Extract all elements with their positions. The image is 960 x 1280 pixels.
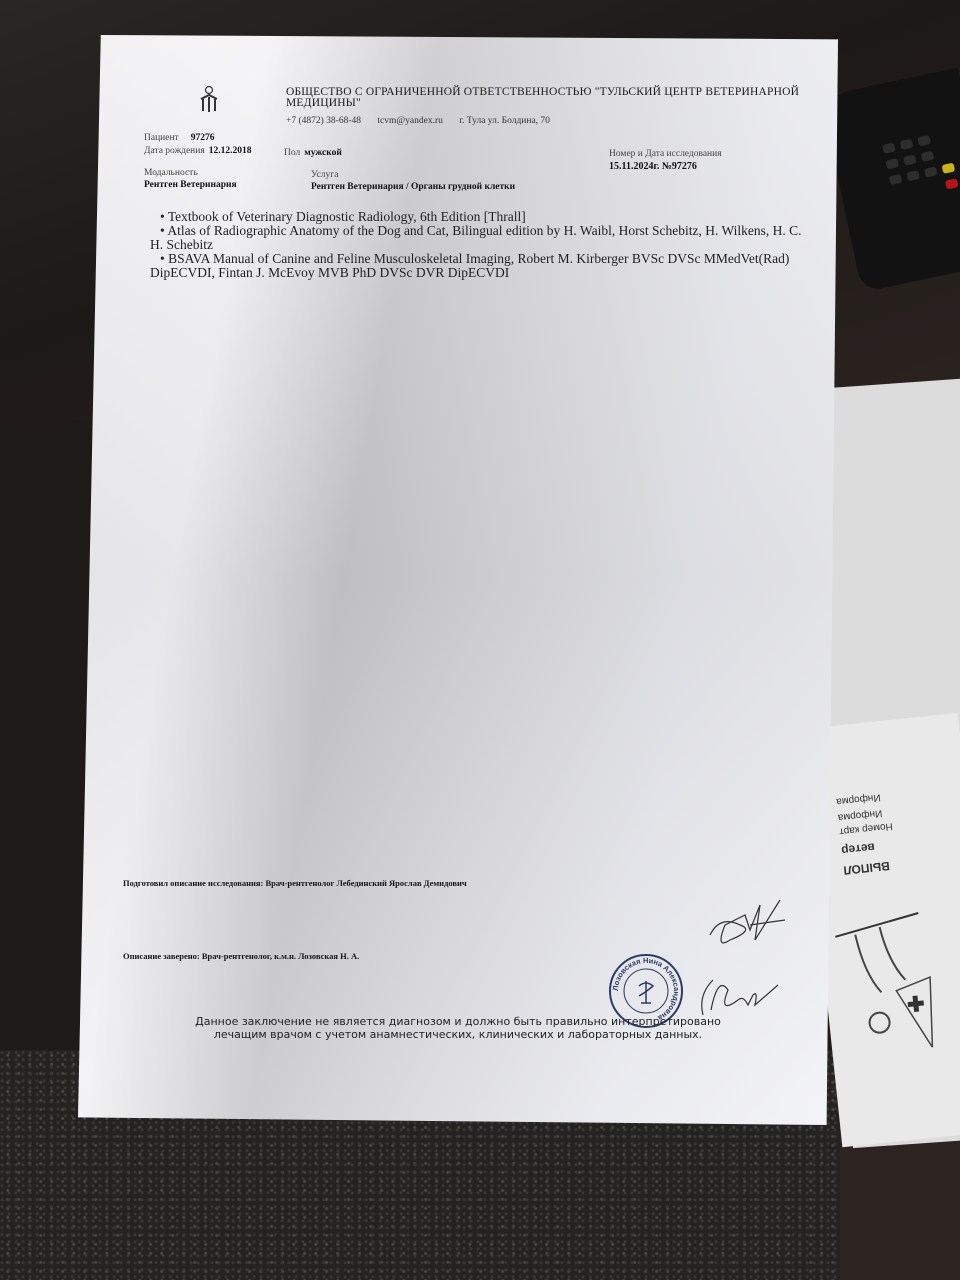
references-list: Textbook of Veterinary Diagnostic Radiol…: [150, 210, 810, 280]
study-number-field: Номер и Дата исследования 15.11.2024г. №…: [609, 143, 722, 172]
side-sheet-text: ветер: [841, 840, 876, 857]
clinic-logo-icon: [198, 85, 220, 115]
service-field: Услуга Рентген Ветеринария / Органы груд…: [311, 164, 515, 192]
phone: +7 (4872) 38-68-48: [286, 116, 361, 126]
reference-item: Textbook of Veterinary Diagnostic Radiol…: [150, 210, 810, 224]
modality-field: Модальность Рентген Ветеринария: [144, 162, 237, 190]
organization-name: ОБЩЕСТВО С ОГРАНИЧЕННОЙ ОТВЕТСТВЕННОСТЬЮ…: [286, 87, 826, 109]
dob-value: 12.12.2018: [209, 146, 252, 156]
modality-value: Рентген Ветеринария: [144, 180, 237, 190]
study-number-label: Номер и Дата исследования: [609, 149, 722, 159]
disclaimer-line: Данное заключение не является диагнозом …: [108, 1015, 808, 1028]
reference-item: Atlas of Radiographic Anatomy of the Dog…: [150, 224, 810, 252]
prepared-by: Подготовил описание исследования: Врач-р…: [123, 878, 467, 888]
modality-label: Модальность: [144, 168, 198, 178]
sex-value: мужской: [304, 148, 342, 158]
service-label: Услуга: [311, 170, 338, 180]
study-number-value: 15.11.2024г. №97276: [609, 161, 722, 172]
dob-field: Дата рождения 12.12.2018: [144, 140, 251, 158]
side-sheet-text: Номер карт: [839, 820, 893, 837]
service-value: Рентген Ветеринария / Органы грудной кле…: [311, 182, 515, 192]
sex-field: Пол мужской: [284, 142, 342, 160]
sex-label: Пол: [284, 148, 300, 158]
side-sheet-text: ВЫПОЛ: [843, 859, 891, 878]
disclaimer-line: лечащим врачом с учетом анамнестических,…: [108, 1028, 808, 1041]
reference-item: BSAVA Manual of Canine and Feline Muscul…: [150, 252, 810, 280]
side-sheet-text: Информа: [836, 791, 881, 807]
email: tcvm@yandex.ru: [377, 116, 442, 126]
certified-by: Описание заверено: Врач-рентгенолог, к.м…: [123, 951, 359, 961]
wheelchair-icon: [828, 907, 942, 1057]
address: г. Тула ул. Болдина, 70: [459, 116, 550, 126]
side-sheet-text: Информа: [837, 807, 882, 823]
dob-label: Дата рождения: [144, 146, 205, 156]
contact-info: +7 (4872) 38-68-48 tcvm@yandex.ru г. Тул…: [286, 116, 564, 126]
disclaimer: Данное заключение не является диагнозом …: [108, 1015, 808, 1041]
medical-report-page: ОБЩЕСТВО С ОГРАНИЧЕННОЙ ОТВЕТСТВЕННОСТЬЮ…: [78, 35, 838, 1125]
signature-icon: [700, 895, 790, 955]
signature-icon: [693, 970, 783, 1020]
